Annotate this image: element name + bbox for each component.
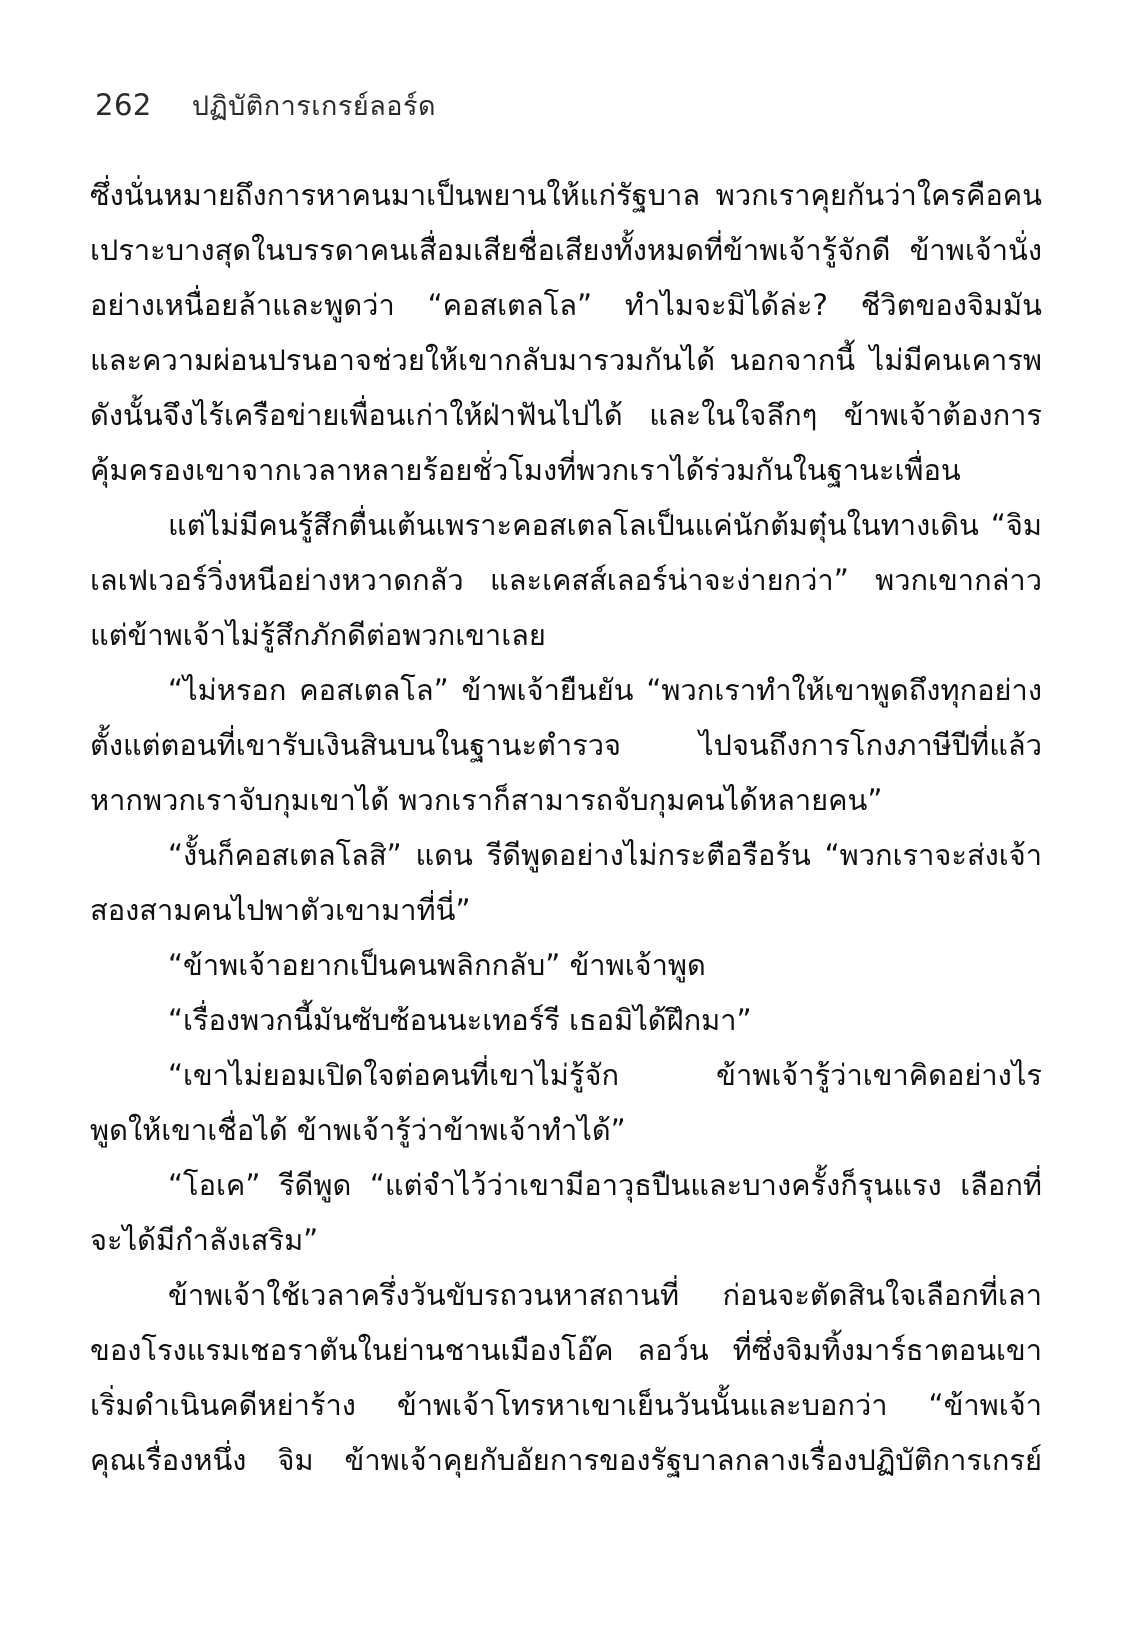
text-line: และความผ่อนปรนอาจช่วยให้เขากลับมารวมกันไ…	[90, 333, 1042, 388]
text-line: ตั้งแต่ตอนที่เขารับเงินสินบนในฐานะตำรวจ …	[90, 718, 1042, 773]
text-line: แต่ข้าพเจ้าไม่รู้สึกภักดีต่อพวกเขาเลย	[90, 608, 1042, 663]
paragraph: “เขาไม่ยอมเปิดใจต่อคนที่เขาไม่รู้จัก ข้า…	[90, 1048, 1042, 1158]
text-line: “ไม่หรอก คอสเตลโล” ข้าพเจ้ายืนยัน “พวกเร…	[90, 663, 1042, 718]
text-line: จะได้มีกำลังเสริม”	[90, 1213, 1042, 1268]
text-line: คุ้มครองเขาจากเวลาหลายร้อยชั่วโมงที่พวกเ…	[90, 443, 1042, 498]
paragraph: แต่ไม่มีคนรู้สึกตื่นเต้นเพราะคอสเตลโลเป็…	[90, 498, 1042, 663]
running-head: 262 ปฏิบัติการเกรย์ลอร์ด	[95, 84, 436, 127]
paragraph: ข้าพเจ้าใช้เวลาครึ่งวันขับรถวนหาสถานที่ …	[90, 1268, 1042, 1488]
text-line: ดังนั้นจึงไร้เครือข่ายเพื่อนเก่าให้ฝ่าฟั…	[90, 388, 1042, 443]
paragraph: “ไม่หรอก คอสเตลโล” ข้าพเจ้ายืนยัน “พวกเร…	[90, 663, 1042, 828]
paragraph: ซึ่งนั่นหมายถึงการหาคนมาเป็นพยานให้แก่รั…	[90, 168, 1042, 498]
running-title: ปฏิบัติการเกรย์ลอร์ด	[192, 84, 436, 127]
page-body: ซึ่งนั่นหมายถึงการหาคนมาเป็นพยานให้แก่รั…	[90, 168, 1042, 1488]
page-number: 262	[95, 88, 152, 122]
text-line: “งั้นก็คอสเตลโลสิ” แดน รีดีพูดอย่างไม่กร…	[90, 828, 1042, 883]
text-line: พูดให้เขาเชื่อได้ ข้าพเจ้ารู้ว่าข้าพเจ้า…	[90, 1103, 1042, 1158]
paragraph: “โอเค” รีดีพูด “แต่จำไว้ว่าเขามีอาวุธปืน…	[90, 1158, 1042, 1268]
text-line: อย่างเหนื่อยล้าและพูดว่า “คอสเตลโล” ทำไม…	[90, 278, 1042, 333]
text-line: หากพวกเราจับกุมเขาได้ พวกเราก็สามารถจับก…	[90, 773, 1042, 828]
text-line: “โอเค” รีดีพูด “แต่จำไว้ว่าเขามีอาวุธปืน…	[90, 1158, 1042, 1213]
text-line: ของโรงแรมเชอราตันในย่านชานเมืองโอ๊ค ลอว์…	[90, 1323, 1042, 1378]
text-line: สองสามคนไปพาตัวเขามาที่นี่”	[90, 883, 1042, 938]
text-line: “เขาไม่ยอมเปิดใจต่อคนที่เขาไม่รู้จัก ข้า…	[90, 1048, 1042, 1103]
book-page: 262 ปฏิบัติการเกรย์ลอร์ด ซึ่งนั่นหมายถึง…	[0, 0, 1126, 1638]
paragraph: “ข้าพเจ้าอยากเป็นคนพลิกกลับ” ข้าพเจ้าพูด	[90, 938, 1042, 993]
text-line: ซึ่งนั่นหมายถึงการหาคนมาเป็นพยานให้แก่รั…	[90, 168, 1042, 223]
paragraph: “งั้นก็คอสเตลโลสิ” แดน รีดีพูดอย่างไม่กร…	[90, 828, 1042, 938]
paragraph: “เรื่องพวกนี้มันซับซ้อนนะเทอร์รี เธอมิได…	[90, 993, 1042, 1048]
text-line: เปราะบางสุดในบรรดาคนเสื่อมเสียชื่อเสียงท…	[90, 223, 1042, 278]
text-line: เริ่มดำเนินคดีหย่าร้าง ข้าพเจ้าโทรหาเขาเ…	[90, 1378, 1042, 1433]
text-line: “เรื่องพวกนี้มันซับซ้อนนะเทอร์รี เธอมิได…	[90, 993, 1042, 1048]
text-line: ข้าพเจ้าใช้เวลาครึ่งวันขับรถวนหาสถานที่ …	[90, 1268, 1042, 1323]
text-line: เลเฟเวอร์วิ่งหนีอย่างหวาดกลัว และเคสส์เล…	[90, 553, 1042, 608]
text-line: “ข้าพเจ้าอยากเป็นคนพลิกกลับ” ข้าพเจ้าพูด	[90, 938, 1042, 993]
text-line: คุณเรื่องหนึ่ง จิม ข้าพเจ้าคุยกับอัยการข…	[90, 1433, 1042, 1488]
text-line: แต่ไม่มีคนรู้สึกตื่นเต้นเพราะคอสเตลโลเป็…	[90, 498, 1042, 553]
